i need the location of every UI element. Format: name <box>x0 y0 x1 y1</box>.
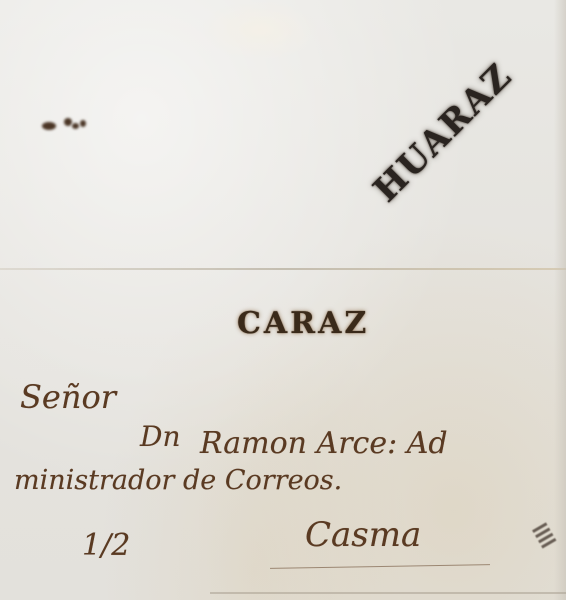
huaraz-postmark: HUARAZ <box>366 56 521 211</box>
ink-specks <box>42 118 122 138</box>
destination-city: Casma <box>305 515 421 555</box>
paper-crease <box>200 0 320 60</box>
paper-edge <box>554 0 566 600</box>
destination-underline <box>270 564 490 569</box>
recipient-title: ministrador de Correos. <box>14 465 342 496</box>
fold-line <box>0 268 566 270</box>
caraz-postmark: CARAZ <box>237 306 369 341</box>
recipient-name: Ramon Arce: Ad <box>200 426 448 461</box>
postage-rate: 1/2 <box>82 528 130 563</box>
letter-cover: HUARAZ CARAZ Señor Dn Ramon Arce: Ad min… <box>0 0 566 600</box>
paper-edge-bottom <box>210 592 566 594</box>
recipient-honorific: Dn <box>140 420 180 453</box>
salutation: Señor <box>20 378 116 416</box>
small-ink-mark <box>532 521 557 548</box>
